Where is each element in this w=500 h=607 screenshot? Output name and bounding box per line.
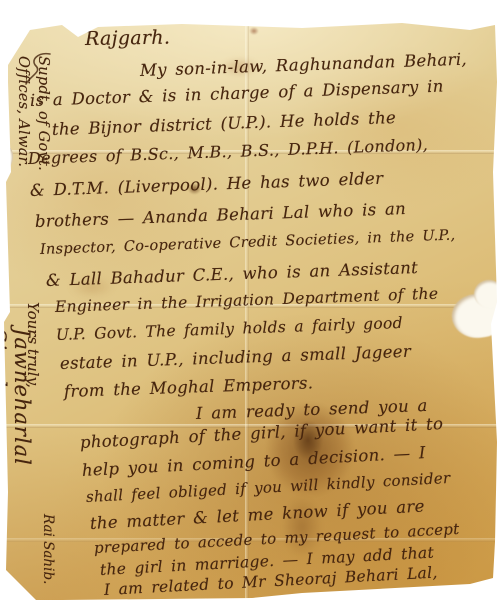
letter-line: My son-in-law, Raghunandan Behari, — [140, 51, 468, 81]
letter-line: & Lall Bahadur C.E., who is an Assistant — [46, 259, 419, 290]
letter-line: brothers — Ananda Behari Lal who is an — [35, 200, 407, 231]
letter-line: & D.T.M. (Liverpool). He has two elder — [30, 170, 384, 200]
margin-sender-note: Supdt. of Govt. Offices, Alwar. — [13, 56, 52, 206]
letter-line: Degrees of B.Sc., M.B., B.S., D.P.H. (Lo… — [28, 136, 429, 168]
letter-heading: Rajgarh. — [85, 28, 171, 50]
letter-paper-sheet: Rajgarh. My son-in-law, Raghunandan Beha… — [2, 22, 498, 604]
margin-honorific: Rai Sahib. — [40, 514, 56, 604]
margin-signature: Jawneharlal Singh — [0, 328, 34, 533]
paper-tear-right-edge — [449, 291, 500, 342]
letter-line: estate in U.P., including a small Jageer — [60, 343, 412, 373]
letter-line: the Bijnor district (U.P.). He holds the — [52, 109, 397, 139]
letter-line: U.P. Govt. The family holds a fairly goo… — [56, 315, 403, 344]
stain-dot-top — [248, 26, 260, 36]
letter-line: from the Moghal Emperors. — [64, 374, 314, 401]
letter-line: is a Doctor & is in charge of a Dispensa… — [30, 78, 444, 111]
